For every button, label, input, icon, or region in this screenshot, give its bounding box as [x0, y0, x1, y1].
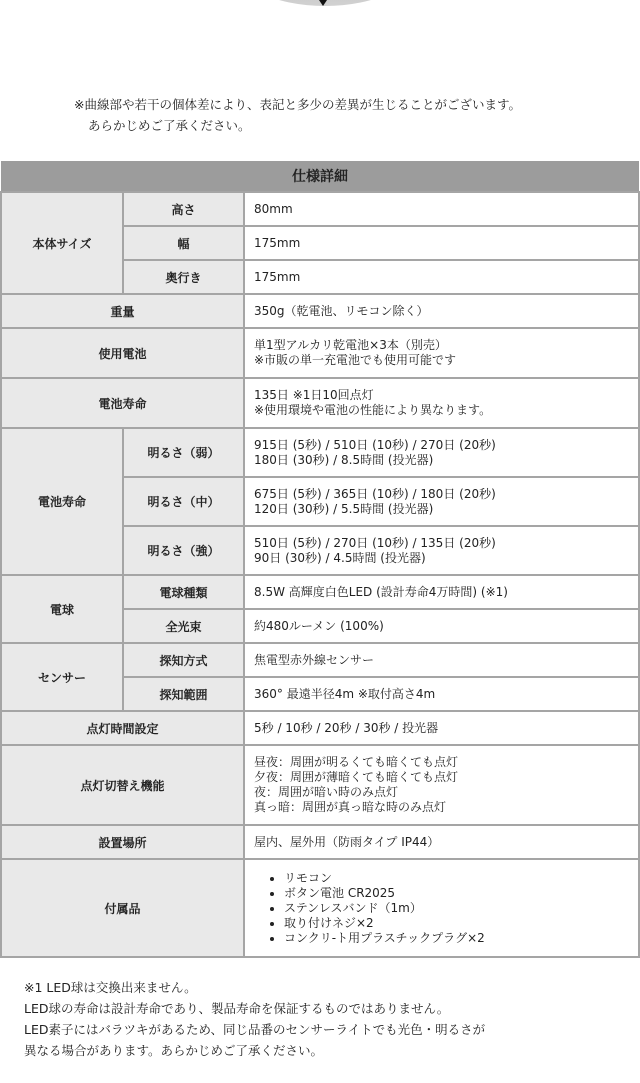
spec-value-width: 175mm	[244, 226, 639, 260]
spec-label-battery-life-brightness: 電池寿命	[1, 428, 123, 575]
footnote-line-2: LED球の寿命は設計寿命であり、製品寿命を保証するものではありません。	[24, 998, 485, 1019]
spec-label-battery-life: 電池寿命	[1, 378, 244, 428]
spec-label-brightness-mid: 明るさ（中）	[123, 477, 244, 526]
battery-line-2: ※市販の単一充電池でも使用可能です	[254, 353, 638, 368]
accessory-item: コンクリ-ト用プラスチックプラグ×2	[284, 931, 638, 946]
spec-label-brightness-low: 明るさ（弱）	[123, 428, 244, 477]
spec-value-brightness-high: 510日 (5秒) / 270日 (10秒) / 135日 (20秒) 90日 …	[244, 526, 639, 575]
mode-line-1: 昼夜：周囲が明るくても暗くても点灯	[254, 755, 638, 770]
spec-value-timer: 5秒 / 10秒 / 20秒 / 30秒 / 投光器	[244, 711, 639, 745]
spec-label-mode: 点灯切替え機能	[1, 745, 244, 825]
footnote-line-4: 異なる場合があります。あらかじめご了承ください。	[24, 1040, 485, 1061]
battery-line-1: 単1型アルカリ乾電池×3本（別売）	[254, 338, 638, 353]
spec-label-battery: 使用電池	[1, 328, 244, 378]
spec-value-detection-range: 360° 最遠半径4m ※取付高さ4m	[244, 677, 639, 711]
spec-label-depth: 奥行き	[123, 260, 244, 294]
spec-label-location: 設置場所	[1, 825, 244, 859]
battery-life-line-1: 135日 ※1日10回点灯	[254, 388, 638, 403]
spec-label-detection-method: 探知方式	[123, 643, 244, 677]
spec-label-height: 高さ	[123, 192, 244, 226]
spec-label-weight: 重量	[1, 294, 244, 328]
spec-label-sensor: センサー	[1, 643, 123, 711]
spec-label-width: 幅	[123, 226, 244, 260]
spec-value-battery-life: 135日 ※1日10回点灯 ※使用環境や電池の性能により異なります。	[244, 378, 639, 428]
spec-label-timer: 点灯時間設定	[1, 711, 244, 745]
footnotes: ※1 LED球は交換出来ません。 LED球の寿命は設計寿命であり、製品寿命を保証…	[24, 977, 485, 1061]
spec-label-accessories: 付属品	[1, 859, 244, 957]
footnote-line-3: LED素子にはバラツキがあるため、同じ品番のセンサーライトでも光色・明るさが	[24, 1019, 485, 1040]
spec-value-location: 屋内、屋外用（防雨タイプ IP44）	[244, 825, 639, 859]
mode-line-2: 夕夜：周囲が薄暗くても暗くても点灯	[254, 770, 638, 785]
spec-value-weight: 350g（乾電池、リモコン除く）	[244, 294, 639, 328]
spec-table: 仕様詳細 本体サイズ 高さ 80mm 幅 175mm 奥行き 175mm 重量 …	[0, 161, 640, 958]
spec-value-accessories: リモコン ボタン電池 CR2025 ステンレスバンド（1m） 取り付けネジ×2 …	[244, 859, 639, 957]
mode-line-4: 真っ暗：周囲が真っ暗な時のみ点灯	[254, 800, 638, 815]
arrow-down-icon	[319, 0, 327, 6]
brightness-low-line-1: 915日 (5秒) / 510日 (10秒) / 270日 (20秒)	[254, 438, 638, 453]
spec-label-luminous-flux: 全光束	[123, 609, 244, 643]
spec-value-detection-method: 焦電型赤外線センサー	[244, 643, 639, 677]
spec-value-brightness-low: 915日 (5秒) / 510日 (10秒) / 270日 (20秒) 180日…	[244, 428, 639, 477]
spec-value-height: 80mm	[244, 192, 639, 226]
disclaimer-line-1: ※曲線部や若干の個体差により、表記と多少の差異が生じることがございます。	[74, 94, 521, 115]
spec-value-brightness-mid: 675日 (5秒) / 365日 (10秒) / 180日 (20秒) 120日…	[244, 477, 639, 526]
accessory-item: リモコン	[284, 871, 638, 886]
spec-value-mode: 昼夜：周囲が明るくても暗くても点灯 夕夜：周囲が薄暗くても暗くても点灯 夜：周囲…	[244, 745, 639, 825]
spec-label-brightness-high: 明るさ（強）	[123, 526, 244, 575]
accessory-item: ステンレスバンド（1m）	[284, 901, 638, 916]
spec-value-battery: 単1型アルカリ乾電池×3本（別売） ※市販の単一充電池でも使用可能です	[244, 328, 639, 378]
brightness-high-line-2: 90日 (30秒) / 4.5時間 (投光器)	[254, 551, 638, 566]
battery-life-line-2: ※使用環境や電池の性能により異なります。	[254, 403, 638, 418]
spec-label-size: 本体サイズ	[1, 192, 123, 294]
disclaimer-line-2: あらかじめご了承ください。	[74, 115, 521, 136]
spec-value-luminous-flux: 約480ルーメン (100%)	[244, 609, 639, 643]
brightness-mid-line-2: 120日 (30秒) / 5.5時間 (投光器)	[254, 502, 638, 517]
spec-label-detection-range: 探知範囲	[123, 677, 244, 711]
accessory-item: 取り付けネジ×2	[284, 916, 638, 931]
accessories-list: リモコン ボタン電池 CR2025 ステンレスバンド（1m） 取り付けネジ×2 …	[254, 871, 638, 946]
spec-value-depth: 175mm	[244, 260, 639, 294]
shape-disclaimer: ※曲線部や若干の個体差により、表記と多少の差異が生じることがございます。 あらか…	[74, 94, 521, 136]
brightness-high-line-1: 510日 (5秒) / 270日 (10秒) / 135日 (20秒)	[254, 536, 638, 551]
brightness-mid-line-1: 675日 (5秒) / 365日 (10秒) / 180日 (20秒)	[254, 487, 638, 502]
mode-line-3: 夜：周囲が暗い時のみ点灯	[254, 785, 638, 800]
spec-label-bulb: 電球	[1, 575, 123, 643]
spec-label-bulb-type: 電球種類	[123, 575, 244, 609]
accessory-item: ボタン電池 CR2025	[284, 886, 638, 901]
footnote-line-1: ※1 LED球は交換出来ません。	[24, 977, 485, 998]
spec-value-bulb-type: 8.5W 高輝度白色LED (設計寿命4万時間) (※1)	[244, 575, 639, 609]
brightness-low-line-2: 180日 (30秒) / 8.5時間 (投光器)	[254, 453, 638, 468]
spec-title: 仕様詳細	[1, 161, 639, 192]
